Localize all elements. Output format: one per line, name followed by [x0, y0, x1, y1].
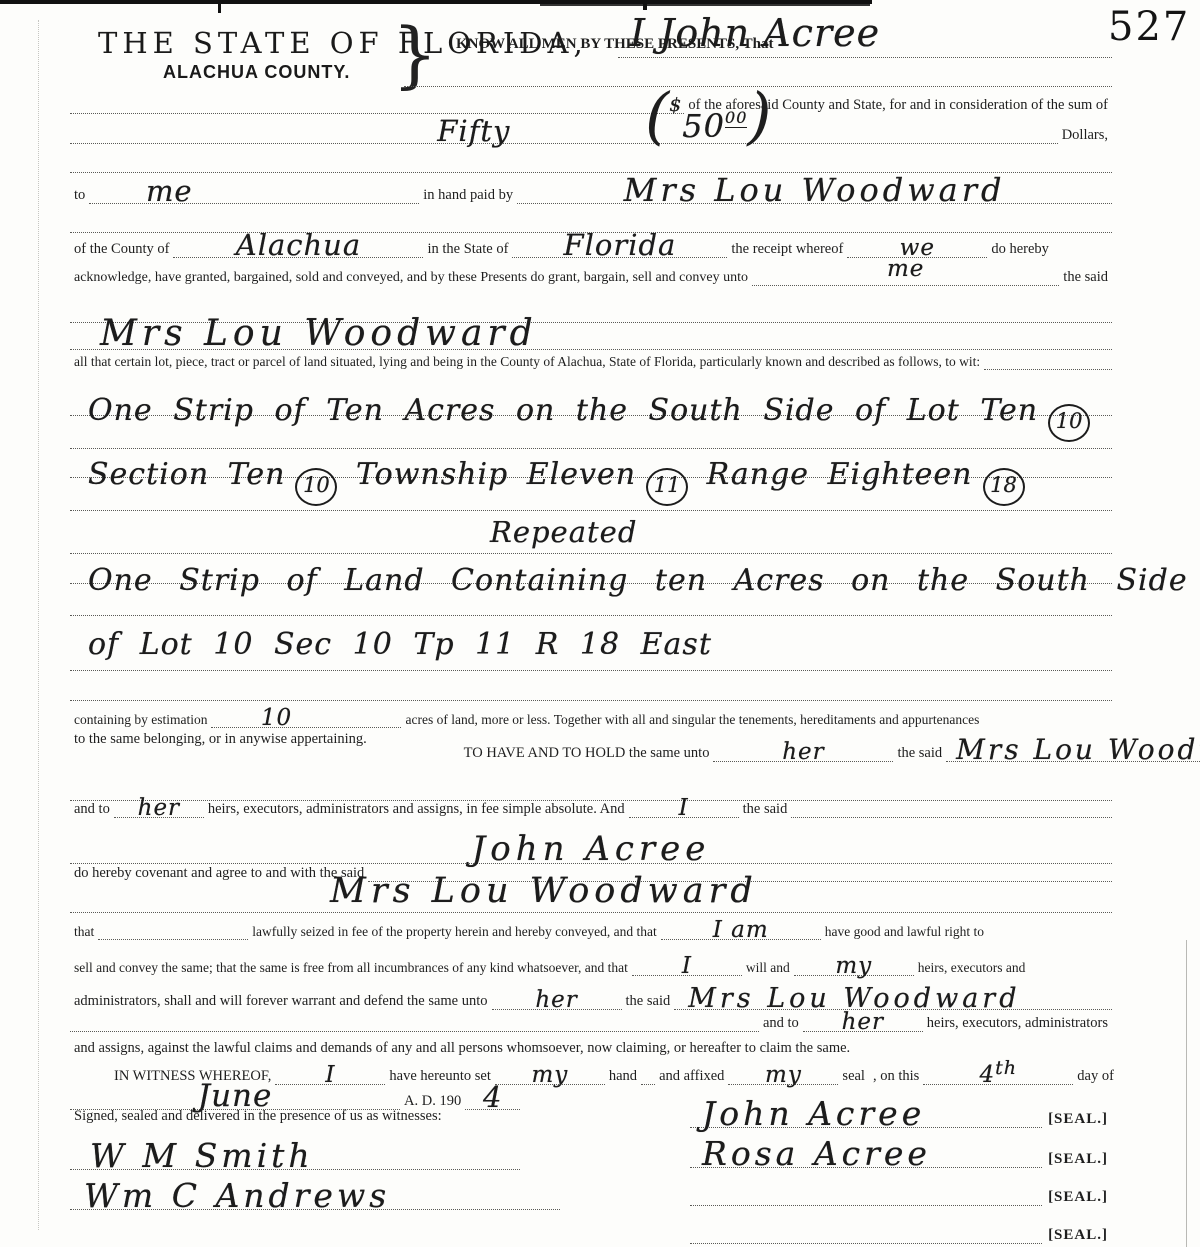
- all-that-row: all that certain lot, piece, tract or pa…: [70, 334, 1112, 370]
- dollars-row: Fifty Dollars,: [70, 108, 1112, 144]
- to-label: to: [70, 187, 89, 204]
- seal-label-1: [SEAL.]: [1042, 1111, 1108, 1128]
- range-text: Range Eighteen: [707, 457, 973, 492]
- and-to-heirs-row: and to her heirs, executors, administrat…: [70, 996, 1112, 1032]
- acknowledge-row: acknowledge, have granted, bargained, so…: [70, 250, 1112, 286]
- to-value-handwritten: me: [146, 174, 193, 208]
- amount-figures-handwritten: ($5000): [645, 88, 772, 144]
- blank-signature2: Rosa Acree: [690, 1134, 1042, 1168]
- covenant-text: do hereby covenant and agree to and with…: [70, 865, 368, 882]
- ruled-line: [70, 510, 1112, 511]
- heirs-text: heirs, executors, administrators and ass…: [204, 801, 629, 818]
- blank-unused: [70, 1031, 759, 1032]
- and-to-value-handwritten: her: [138, 795, 180, 821]
- paid-by-row: to me in hand paid by Mrs Lou Woodward: [70, 168, 1112, 204]
- blank-unused: [984, 369, 1112, 370]
- description-line2-handwritten: Section Ten10 Township Eleven11 Range Ei…: [88, 460, 1025, 506]
- circled-lot-number: 10: [1048, 404, 1090, 442]
- blank-signature3: [690, 1205, 1042, 1206]
- repeated-handwritten: Repeated: [490, 518, 637, 547]
- circled-section-number: 10: [295, 468, 337, 506]
- blank-amount-words: Fifty: [70, 114, 1058, 144]
- dollar-sign: $: [669, 94, 682, 116]
- blank-sell: I: [632, 952, 742, 976]
- to-have-value-handwritten: her: [782, 739, 824, 765]
- ruled-line: [70, 615, 1112, 616]
- all-that-text: all that certain lot, piece, tract or pa…: [70, 354, 984, 370]
- the-said-label: the said: [893, 745, 946, 762]
- deed-document: 527 THE STATE OF FLORIDA, ALACHUA COUNTY…: [0, 0, 1200, 1247]
- blank-grantee2: Mrs Lou Woodward: [946, 733, 1200, 762]
- blank-and-to: her: [114, 794, 204, 818]
- seized-text: lawfully seized in fee of the property h…: [248, 924, 660, 940]
- signature3-row: [SEAL.]: [690, 1170, 1108, 1206]
- ruled-line: [70, 448, 1112, 449]
- payer-name-handwritten: Mrs Lou Woodward: [624, 171, 1006, 209]
- ruled-line: [618, 57, 1112, 58]
- witness2-signature-handwritten: Wm C Andrews: [84, 1176, 390, 1215]
- circled-township-number: 11: [646, 468, 688, 506]
- scan-edge-artifact: [38, 20, 39, 1230]
- signature1-handwritten: John Acree: [702, 1094, 925, 1133]
- heirs-row: and to her heirs, executors, administrat…: [70, 782, 1112, 818]
- circled-range-number: 18: [983, 468, 1025, 506]
- open-paren: (: [645, 79, 669, 152]
- to-have-label: TO HAVE AND TO HOLD the same unto: [460, 745, 714, 762]
- description-line1-text: One Strip of Ten Acres on the South Side…: [88, 393, 1038, 428]
- the-said-label: the said: [1059, 269, 1112, 286]
- ruled-line: [70, 670, 1112, 671]
- scan-edge-artifact: [643, 0, 647, 10]
- to-have-row: . TO HAVE AND TO HOLD the same unto her …: [70, 726, 1112, 762]
- that-label: that: [70, 924, 98, 940]
- scan-edge-artifact: [1186, 940, 1187, 1247]
- blank-unto: me: [752, 262, 1059, 286]
- signed-sealed-text: Signed, sealed and delivered in the pres…: [70, 1108, 446, 1125]
- blank-month: June: [70, 1078, 400, 1110]
- seal-label-4: [SEAL.]: [1042, 1227, 1108, 1244]
- amount-cents: 00: [725, 108, 747, 128]
- township-text: Township Eleven: [356, 457, 636, 492]
- heirs-text3: heirs, executors, administrators: [923, 1015, 1112, 1032]
- description-line1-handwritten: One Strip of Ten Acres on the South Side…: [88, 396, 1090, 442]
- blank-to-have: her: [713, 738, 893, 762]
- in-hand-label: in hand paid by: [419, 187, 517, 204]
- containing-row: containing by estimation 10 acres of lan…: [70, 692, 1112, 728]
- seal-label-3: [SEAL.]: [1042, 1189, 1108, 1206]
- signature1-row: John Acree [SEAL.]: [690, 1092, 1108, 1128]
- dollars-label: Dollars,: [1058, 127, 1112, 144]
- witness2-row: Wm C Andrews: [70, 1166, 560, 1210]
- blank-witness2: Wm C Andrews: [70, 1176, 560, 1210]
- the-said-label: the said: [739, 801, 792, 818]
- right-text: have good and lawful right to: [821, 924, 988, 940]
- year-handwritten: 4: [483, 1080, 502, 1114]
- blank-payer: Mrs Lou Woodward: [517, 171, 1112, 204]
- grantee-name-handwritten: Mrs Lou Woodward: [956, 733, 1200, 766]
- page-number: 527: [1108, 4, 1190, 50]
- seized-row: that lawfully seized in fee of the prope…: [70, 904, 1112, 940]
- signature2-handwritten: Rosa Acree: [702, 1134, 931, 1173]
- blank-year: 4: [465, 1080, 520, 1110]
- blank-signature4: [690, 1243, 1042, 1244]
- sell-row: sell and convey the same; that the same …: [70, 940, 1112, 976]
- blank-to: me: [89, 174, 419, 204]
- description-line3-handwritten: One Strip of Land Containing ten Acres o…: [88, 566, 1188, 596]
- blank-signature1: John Acree: [690, 1094, 1042, 1128]
- signature2-row: Rosa Acree [SEAL.]: [690, 1132, 1108, 1168]
- blank-acres: 10: [211, 704, 401, 728]
- and-to-value2-handwritten: her: [842, 1009, 884, 1035]
- blank-and-to2: her: [803, 1008, 923, 1032]
- blank-will: my: [794, 952, 914, 976]
- ruled-line: [70, 553, 1112, 554]
- unto-value-handwritten: me: [887, 256, 924, 282]
- amount-whole: 50: [682, 107, 725, 145]
- scan-edge-artifact: [218, 0, 221, 13]
- and-to-label2: and to: [759, 1015, 803, 1032]
- seal-label-2: [SEAL.]: [1042, 1151, 1108, 1168]
- close-paren: ): [747, 79, 771, 152]
- amount-words-handwritten: Fifty: [437, 114, 510, 148]
- scan-edge-artifact: [540, 4, 870, 6]
- and-value-handwritten: I: [679, 795, 689, 821]
- blank-unused: [791, 817, 1112, 818]
- section-text: Section Ten: [88, 457, 285, 492]
- blank-witness1: W M Smith: [70, 1136, 520, 1170]
- grantor-name-handwritten: I John Acree: [630, 14, 880, 52]
- blank-and: I: [629, 794, 739, 818]
- and-to-label: and to: [70, 801, 114, 818]
- witness1-row: W M Smith: [70, 1126, 520, 1170]
- acknowledge-text: acknowledge, have granted, bargained, so…: [70, 270, 752, 286]
- blank-seized: I am: [661, 916, 821, 940]
- description-line4-handwritten: of Lot 10 Sec 10 Tp 11 R 18 East: [88, 630, 712, 660]
- signature4-row: [SEAL.]: [690, 1208, 1108, 1244]
